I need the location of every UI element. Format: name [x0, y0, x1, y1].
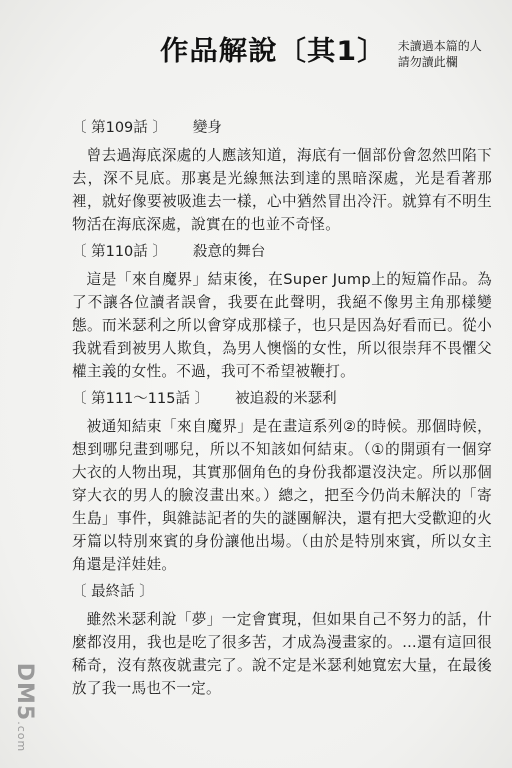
section-paragraph: 雖然米瑟利說「夢」一定會實現，但如果自己不努力的話，什麼都沒用，我也是吃了很多苦… [72, 608, 492, 700]
spoiler-warning: 未讀過本篇的人 請勿讀此欄 [398, 38, 482, 70]
page-header: 作品解說〔其1〕 未讀過本篇的人 請勿讀此欄 [160, 34, 482, 70]
page-title: 作品解說〔其1〕 [160, 34, 387, 70]
episode-label: 〔 最終話 〕 [72, 582, 154, 602]
section-heading: 〔 最終話 〕 [72, 582, 492, 602]
section-final-episode: 〔 最終話 〕 雖然米瑟利說「夢」一定會實現，但如果自己不努力的話，什麼都沒用，… [72, 582, 492, 700]
episode-title: 變身 [193, 118, 222, 138]
section-heading: 〔 第111～115話 〕 被追殺的米瑟利 [72, 389, 492, 409]
section-heading: 〔 第110話 〕 殺意的舞台 [72, 242, 492, 262]
episode-label: 〔 第109話 〕 [72, 118, 167, 138]
episode-title: 被追殺的米瑟利 [235, 389, 337, 409]
episode-title: 殺意的舞台 [193, 242, 266, 262]
section-heading: 〔 第109話 〕 變身 [72, 118, 492, 138]
episode-label: 〔 第110話 〕 [72, 242, 167, 262]
site-watermark: DM5.com [10, 665, 36, 760]
section-episode-110: 〔 第110話 〕 殺意的舞台 這是「來自魔界」結束後，在Super Jump上… [72, 242, 492, 383]
spoiler-warning-line-2: 請勿讀此欄 [398, 54, 482, 70]
spoiler-warning-line-1: 未讀過本篇的人 [398, 38, 482, 54]
section-paragraph: 這是「來自魔界」結束後，在Super Jump上的短篇作品。為了不讓各位讀者誤會… [72, 268, 492, 383]
watermark-logo: DM5.com [12, 663, 37, 752]
section-paragraph: 曾去過海底深處的人應該知道，海底有一個部份會忽然凹陷下去，深不見底。那裏是光線無… [72, 144, 492, 236]
section-paragraph: 被通知結束「來自魔界」是在畫這系列②的時候。那個時候，想到哪兒畫到哪兒，所以不知… [72, 415, 492, 576]
episode-label: 〔 第111～115話 〕 [72, 389, 209, 409]
commentary-body: 〔 第109話 〕 變身 曾去過海底深處的人應該知道，海底有一個部份會忽然凹陷下… [72, 118, 492, 706]
section-episode-111-115: 〔 第111～115話 〕 被追殺的米瑟利 被通知結束「來自魔界」是在畫這系列②… [72, 389, 492, 576]
scanned-book-page: 作品解說〔其1〕 未讀過本篇的人 請勿讀此欄 〔 第109話 〕 變身 曾去過海… [0, 0, 512, 768]
section-episode-109: 〔 第109話 〕 變身 曾去過海底深處的人應該知道，海底有一個部份會忽然凹陷下… [72, 118, 492, 236]
